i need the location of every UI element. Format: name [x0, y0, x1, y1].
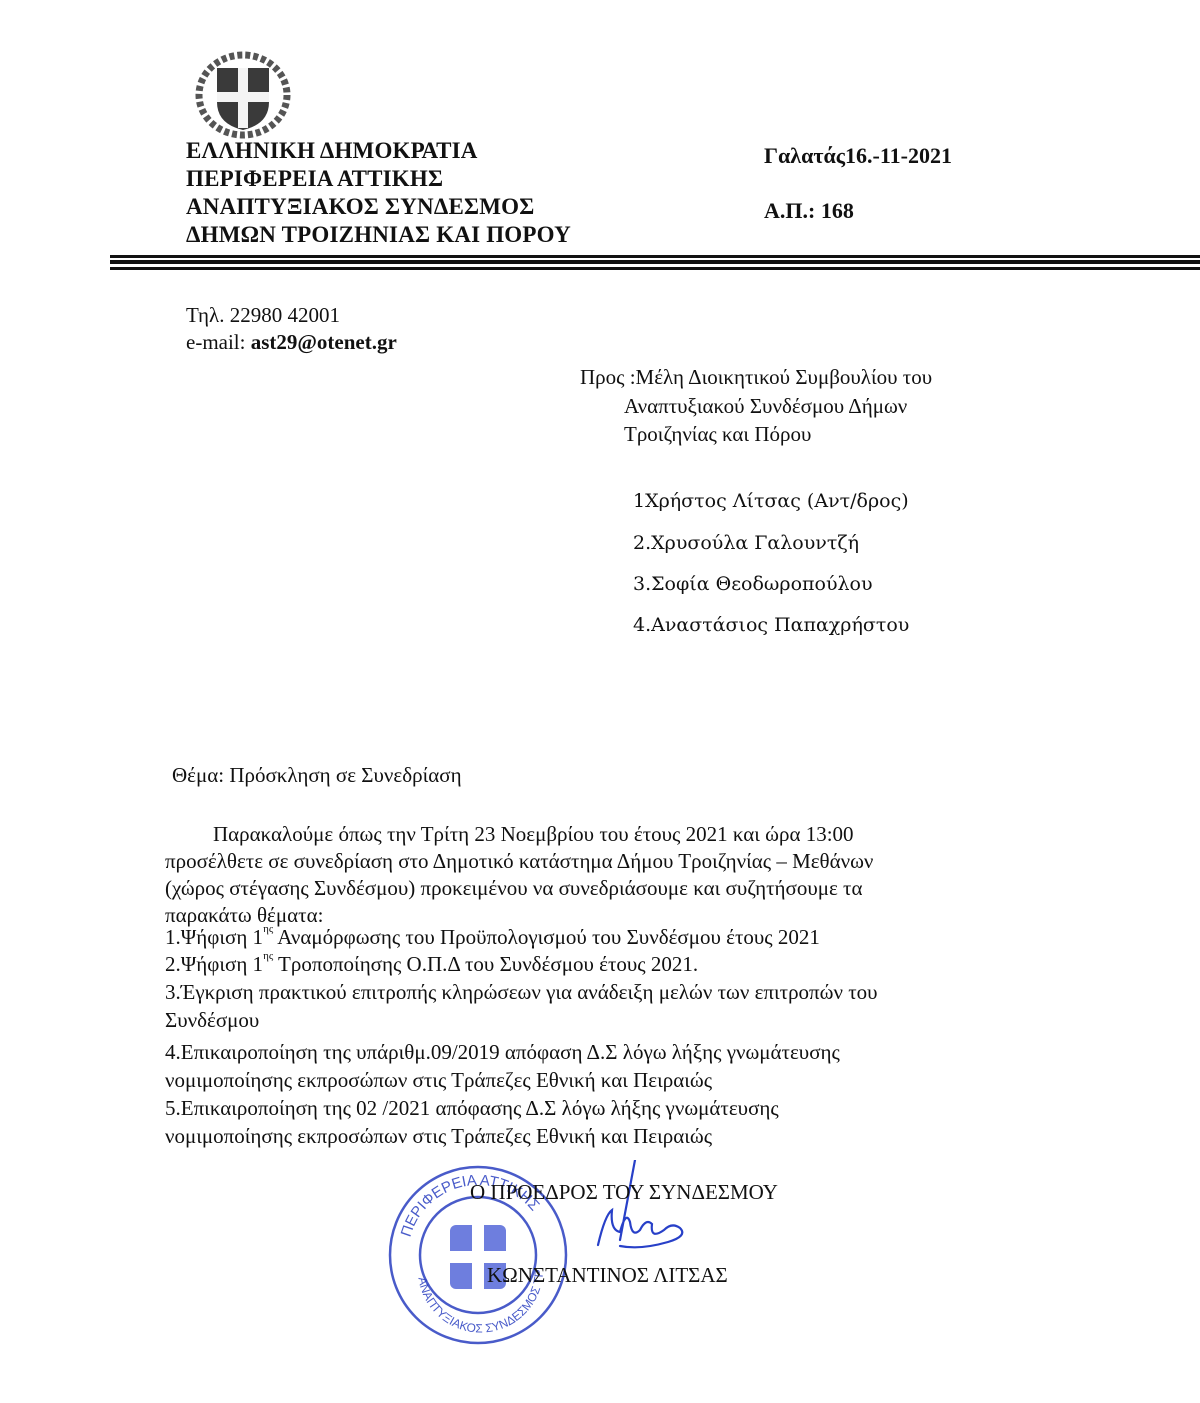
- place-date: Γαλατάς16.-11-2021: [764, 143, 952, 169]
- signature-name: ΚΩΝΣΤΑΝΤΙΝΟΣ ΛΙΤΣΑΣ: [487, 1263, 728, 1288]
- greek-coat-of-arms-icon: [195, 50, 291, 140]
- recipient-prefix: Προς :: [580, 365, 636, 389]
- member-3: 3.Σοφία Θεοδωροπούλου: [633, 573, 873, 595]
- email-label: e-mail:: [186, 330, 251, 354]
- email-line: e-mail: ast29@otenet.gr: [186, 330, 397, 355]
- agenda-item: 3.Έγκριση πρακτικού επιτροπής κληρώσεων …: [165, 980, 878, 1005]
- recipient-line-3: Τροιζηνίας και Πόρου: [624, 422, 811, 447]
- member-1: 1Χρήστος Λίτσας (Αντ/δρος): [633, 490, 909, 512]
- header-line-1: ΕΛΛΗΝΙΚΗ ΔΗΜΟΚΡΑΤΙΑ: [186, 138, 478, 164]
- header-line-2: ΠΕΡΙΦΕΡΕΙΑ ΑΤΤΙΚΗΣ: [186, 166, 443, 192]
- recipient-line-2: Αναπτυξιακού Συνδέσμου Δήμων: [624, 394, 907, 419]
- handwritten-signature-icon: [580, 1160, 710, 1270]
- paragraph-line-3: (χώρος στέγασης Συνδέσμου) προκειμένου ν…: [165, 876, 862, 901]
- agenda-item: Συνδέσμου: [165, 1008, 259, 1033]
- email-address[interactable]: ast29@otenet.gr: [251, 330, 397, 354]
- signature-title: Ο ΠΡΟΕΔΡΟΣ ΤΟΥ ΣΥΝΔΕΣΜΟΥ: [470, 1180, 778, 1205]
- paragraph-line-2: προσέλθετε σε συνεδρίαση στο Δημοτικό κα…: [165, 849, 873, 874]
- paragraph-line-1: Παρακαλούμε όπως την Τρίτη 23 Νοεμβρίου …: [213, 822, 854, 847]
- phone: Τηλ. 22980 42001: [186, 303, 340, 328]
- subject: Θέμα: Πρόσκληση σε Συνεδρίαση: [172, 763, 462, 788]
- header-rule-top: [110, 255, 1200, 258]
- agenda-item: 1.Ψήφιση 1ης Αναμόρφωσης του Προϋπολογισ…: [165, 925, 820, 950]
- protocol-number: Α.Π.: 168: [764, 198, 854, 224]
- agenda-item: νομιμοποίησης εκπροσώπων στις Τράπεζες Ε…: [165, 1068, 712, 1093]
- recipient-line-1: Προς :Μέλη Διοικητικού Συμβουλίου του: [580, 365, 932, 390]
- agenda-item: 4.Επικαιροποίηση της υπάριθμ.09/2019 από…: [165, 1040, 840, 1065]
- member-2: 2.Χρυσούλα Γαλουντζή: [633, 532, 859, 554]
- header-line-3: ΑΝΑΠΤΥΞΙΑΚΟΣ ΣΥΝΔΕΣΜΟΣ: [186, 194, 534, 220]
- member-4: 4.Αναστάσιος Παπαχρήστου: [633, 614, 909, 636]
- header-rule-middle: [110, 260, 1200, 264]
- agenda-item: 2.Ψήφιση 1ης Τροποποίησης Ο.Π.Δ του Συνδ…: [165, 952, 698, 977]
- header-line-4: ΔΗΜΩΝ ΤΡΟΙΖΗΝΙΑΣ ΚΑΙ ΠΟΡΟΥ: [186, 222, 571, 248]
- agenda-item: 5.Επικαιροποίηση της 02 /2021 απόφασης Δ…: [165, 1096, 779, 1121]
- agenda-item: νομιμοποίησης εκπροσώπων στις Τράπεζες Ε…: [165, 1124, 712, 1149]
- header-rule-bottom: [110, 267, 1200, 270]
